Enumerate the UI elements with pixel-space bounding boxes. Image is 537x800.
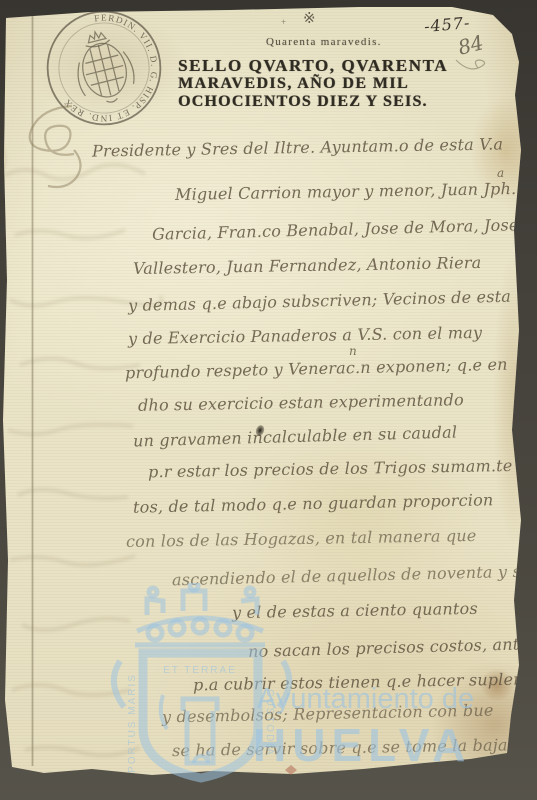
- manuscript-line: Miguel Carrion mayor y menor, Juan Jph.: [175, 179, 517, 204]
- seal-coat-of-arms: [68, 25, 139, 108]
- royal-seal-stamp: FERDIN. VII. D. G. HISP. ET IND. REX: [27, 0, 181, 144]
- manuscript-line: dho su exercicio estan experimentando: [138, 390, 464, 415]
- printer-ornament-mark: ※: [303, 9, 316, 28]
- manuscript-line: profundo respeto y Venerac.n exponen; q.…: [125, 355, 508, 383]
- manuscript-line: se ha de servir sobre q.e se tome la baj…: [172, 735, 533, 760]
- seal-legend: FERDIN. VII. D. G. HISP. ET IND. REX: [42, 1, 171, 134]
- manuscript-line: p.r estar los precios de los Trigos suma…: [148, 456, 533, 482]
- binding-crease: [31, 14, 34, 766]
- pencil-folio-mark: 84: [455, 30, 486, 59]
- bleedthrough-writing: [0, 130, 170, 780]
- svg-text:FERDIN. VII. D. G. HISP. ET IN: FERDIN. VII. D. G. HISP. ET IND. REX: [42, 1, 171, 134]
- manuscript-line: y desembolsos; Representacion con bue: [162, 701, 494, 727]
- scan-canvas: + ※ Quarenta maravedis. SELLO QVARTO, QV…: [0, 0, 537, 800]
- manuscript-line: y demas q.e abajo subscriven; Vecinos de…: [128, 286, 537, 315]
- tax-stamp-title-line3: OCHOCIENTOS DIEZ Y SEIS.: [178, 93, 448, 111]
- interline-correction: n: [349, 344, 357, 358]
- manuscript-line: y de Exercicio Panaderos a V.S. con el m…: [128, 323, 482, 348]
- manuscript-line: no sacan los precisos costos, antes: [248, 634, 537, 661]
- superscript-correction: a: [497, 166, 504, 180]
- manuscript-line: Vallestero, Juan Fernandez, Antonio Rier…: [133, 253, 482, 278]
- tax-stamp-title: SELLO QVARTO, QVARENTA MARAVEDIS, AÑO DE…: [178, 56, 448, 111]
- printer-cross-mark: +: [281, 17, 286, 27]
- manuscript-line: tos, de tal modo q.e no guardan proporci…: [133, 490, 494, 517]
- stamp-value-line: Quarenta maravedis.: [266, 36, 382, 48]
- manuscript-line: ascendiendo el de aquellos de noventa y …: [172, 562, 527, 590]
- manuscript-paper: + ※ Quarenta maravedis. SELLO QVARTO, QV…: [0, 0, 537, 800]
- manuscript-line: un gravamen incalculable en su caudal: [133, 422, 458, 450]
- manuscript-line: p.a cubrir estos tienen q.e hacer suplem…: [193, 669, 537, 695]
- handwritten-page-number: -457-: [423, 13, 471, 36]
- manuscript-line: con los de las Hogazas, en tal manera qu…: [126, 526, 477, 551]
- tax-stamp-title-line2: MARAVEDIS, AÑO DE MIL: [178, 75, 448, 93]
- tax-stamp-title-line1: SELLO QVARTO, QVARENTA: [178, 56, 448, 75]
- manuscript-line: y el de estas a ciento quantos: [232, 599, 478, 622]
- manuscript-line: Garcia, Fran.co Benabal, Jose de Mora, J…: [152, 215, 519, 244]
- manuscript-line: Presidente y Sres del Iltre. Ayuntam.o d…: [92, 134, 503, 160]
